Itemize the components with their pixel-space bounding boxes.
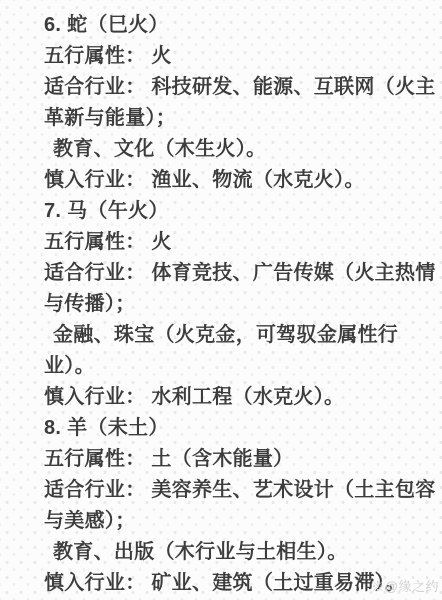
horse-suitable-line-4: 业）。 xyxy=(44,351,428,382)
horse-element-line: 五行属性： 火 xyxy=(44,227,428,258)
heading-snake: 6. 蛇（巳火） xyxy=(44,10,428,41)
horse-suitable-line-1: 适合行业： 体育竞技、广告传媒（火主热情 xyxy=(44,258,428,289)
document-page: 6. 蛇（巳火） 五行属性： 火 适合行业： 科技研发、能源、互联网（火主 革新… xyxy=(0,0,442,600)
goat-suitable-line-2: 与美感）； xyxy=(44,506,428,537)
article-text: 6. 蛇（巳火） 五行属性： 火 适合行业： 科技研发、能源、互联网（火主 革新… xyxy=(0,0,442,599)
horse-suitable-line-3: 金融、珠宝（火克金，可驾驭金属性行 xyxy=(44,320,428,351)
heading-horse: 7. 马（午火） xyxy=(44,196,428,227)
goat-element-line: 五行属性： 土（含木能量） xyxy=(44,444,428,475)
horse-caution-line: 慎入行业： 水利工程（水克火）。 xyxy=(44,382,428,413)
snake-element-line: 五行属性： 火 xyxy=(44,41,428,72)
snake-caution-line: 慎入行业： 渔业、物流（水克火）。 xyxy=(44,165,428,196)
goat-suitable-line-3: 教育、出版（木行业与土相生）。 xyxy=(44,537,428,568)
snake-suitable-line-1: 适合行业： 科技研发、能源、互联网（火主 xyxy=(44,72,428,103)
watermark: ※@缘之约 xyxy=(371,576,439,595)
snake-suitable-line-2: 革新与能量）； xyxy=(44,103,428,134)
heading-goat: 8. 羊（未土） xyxy=(44,413,428,444)
snake-suitable-line-3: 教育、文化（木生火）。 xyxy=(44,134,428,165)
goat-suitable-line-1: 适合行业： 美容养生、艺术设计（土主包容 xyxy=(44,475,428,506)
horse-suitable-line-2: 与传播）； xyxy=(44,289,428,320)
